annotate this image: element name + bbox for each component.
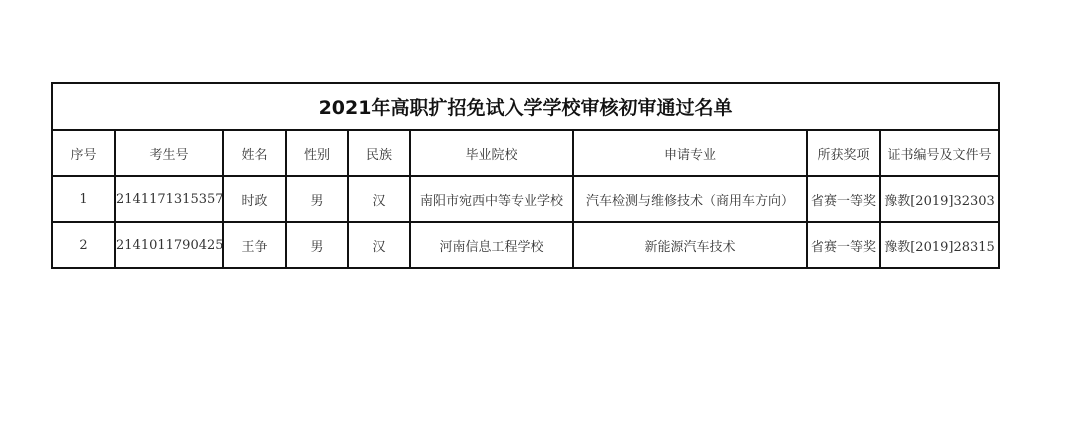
col-header-award: 所获奖项 xyxy=(807,130,880,176)
approval-list-table: 2021年高职扩招免试入学学校审核初审通过名单 序号 考生号 姓名 性别 民族 … xyxy=(51,82,1000,269)
cell-ethnicity: 汉 xyxy=(348,176,410,222)
title-row: 2021年高职扩招免试入学学校审核初审通过名单 xyxy=(52,83,999,130)
cell-exam-number: 21411713153572 xyxy=(115,176,223,222)
cell-index: 1 xyxy=(52,176,115,222)
cell-award: 省赛一等奖 xyxy=(807,176,880,222)
cell-graduated-school: 南阳市宛西中等专业学校 xyxy=(410,176,573,222)
cell-applied-major: 新能源汽车技术 xyxy=(573,222,807,268)
col-header-ethnicity: 民族 xyxy=(348,130,410,176)
cell-name: 时政 xyxy=(223,176,286,222)
table-row: 1 21411713153572 时政 男 汉 南阳市宛西中等专业学校 汽车检测… xyxy=(52,176,999,222)
header-row: 序号 考生号 姓名 性别 民族 毕业院校 申请专业 所获奖项 证书编号及文件号 xyxy=(52,130,999,176)
cell-index: 2 xyxy=(52,222,115,268)
col-header-graduated-school: 毕业院校 xyxy=(410,130,573,176)
cell-certificate-number: 豫教[2019]28315 xyxy=(880,222,999,268)
cell-ethnicity: 汉 xyxy=(348,222,410,268)
cell-graduated-school: 河南信息工程学校 xyxy=(410,222,573,268)
cell-gender: 男 xyxy=(286,176,348,222)
cell-award: 省赛一等奖 xyxy=(807,222,880,268)
col-header-applied-major: 申请专业 xyxy=(573,130,807,176)
cell-name: 王争 xyxy=(223,222,286,268)
cell-applied-major: 汽车检测与维修技术（商用车方向） xyxy=(573,176,807,222)
cell-gender: 男 xyxy=(286,222,348,268)
col-header-certificate-number: 证书编号及文件号 xyxy=(880,130,999,176)
table-row: 2 21410117904258 王争 男 汉 河南信息工程学校 新能源汽车技术… xyxy=(52,222,999,268)
col-header-index: 序号 xyxy=(52,130,115,176)
col-header-exam-number: 考生号 xyxy=(115,130,223,176)
col-header-name: 姓名 xyxy=(223,130,286,176)
col-header-gender: 性别 xyxy=(286,130,348,176)
table-title: 2021年高职扩招免试入学学校审核初审通过名单 xyxy=(52,83,999,130)
cell-exam-number: 21410117904258 xyxy=(115,222,223,268)
cell-certificate-number: 豫教[2019]32303 xyxy=(880,176,999,222)
